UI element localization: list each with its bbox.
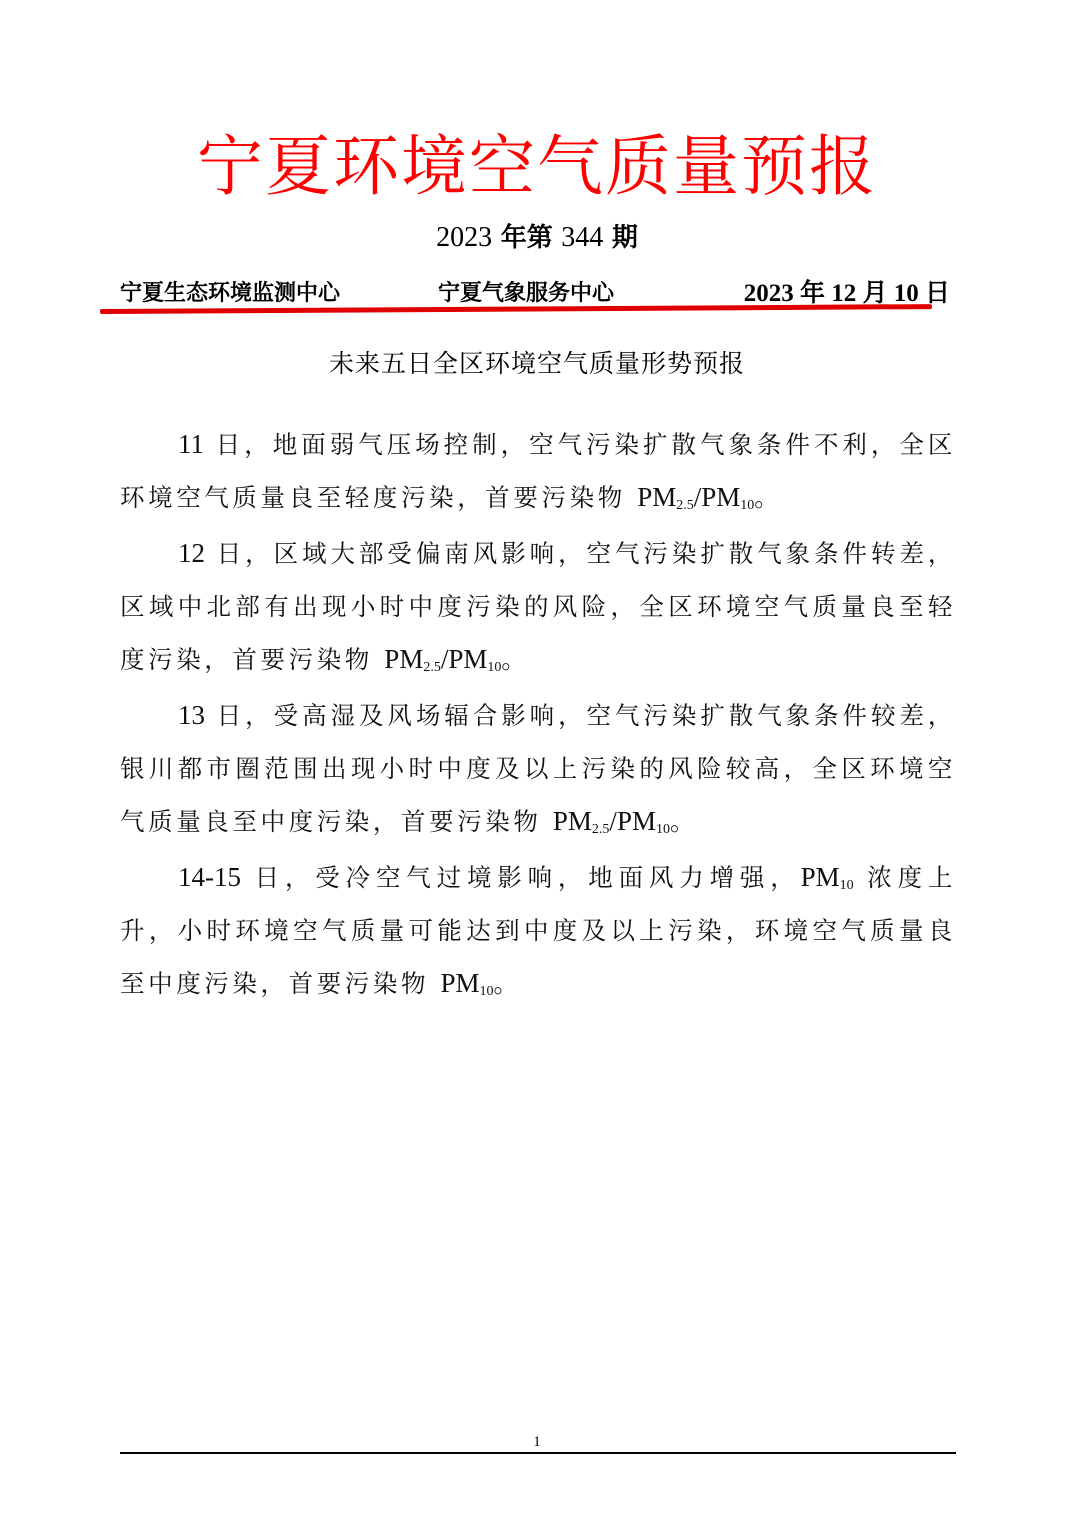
forecast-body: 11 日，地面弱气压场控制，空气污染扩散气象条件不利，全区环境空气质量良至轻度污… <box>120 418 956 1013</box>
footer-rule <box>120 1452 956 1454</box>
pollutant-subscript: 10 <box>740 498 754 513</box>
pollutant-pm: PM <box>701 482 740 512</box>
paragraph-text: 日，区域大部受偏南风影响，空气污染扩散气象条件转差，区域中北部有出现小时中度污染… <box>120 539 956 674</box>
forecast-paragraph-day-12: 12 日，区域大部受偏南风影响，空气污染扩散气象条件转差，区域中北部有出现小时中… <box>120 527 956 686</box>
day-label: 11 <box>178 429 204 459</box>
forecast-paragraph-day-14-15: 14-15 日，受冷空气过境影响，地面风力增强，PM10 浓度上升，小时环境空气… <box>120 851 956 1010</box>
pollutant-subscript: 10 <box>480 984 494 999</box>
pollutant-pm: PM <box>448 644 487 674</box>
pollutant-pm: PM <box>617 806 656 836</box>
pollutant-pm: PM <box>384 644 423 674</box>
pollutant-pm: PM <box>637 482 676 512</box>
section-heading: 未来五日全区环境空气质量形势预报 <box>0 345 1074 383</box>
page-number: 1 <box>0 1433 1074 1451</box>
forecast-paragraph-day-11: 11 日，地面弱气压场控制，空气污染扩散气象条件不利，全区环境空气质量良至轻度污… <box>120 418 956 524</box>
issue-year-label: 年第 <box>501 223 553 253</box>
document-page: 宁夏环境空气质量预报 2023 年第 344 期 宁夏生态环境监测中心 宁夏气象… <box>0 0 1074 1520</box>
paragraph-text: 日，受冷空气过境影响，地面风力增强， <box>241 863 801 892</box>
day-label: 13 <box>178 700 205 730</box>
period: 。 <box>494 969 522 998</box>
issue-number-line: 2023 年第 344 期 <box>0 220 1074 256</box>
pollutant-subscript: 2.5 <box>423 660 441 675</box>
pollutant-subscript: 2.5 <box>592 822 610 837</box>
slash: / <box>609 806 617 836</box>
day-label: 12 <box>178 538 205 568</box>
forecast-paragraph-day-13: 13 日，受高湿及风场辐合影响，空气污染扩散气象条件较差，银川都市圈范围出现小时… <box>120 689 956 848</box>
pollutant-subscript: 10 <box>840 878 854 893</box>
pollutant-subscript: 10 <box>487 660 501 675</box>
period: 。 <box>501 645 529 674</box>
pollutant-pm: PM <box>801 862 840 892</box>
issue-number-label: 期 <box>612 223 638 253</box>
day-label: 14-15 <box>178 862 241 892</box>
pollutant-subscript: 10 <box>656 822 670 837</box>
pollutant-pm: PM <box>553 806 592 836</box>
pollutant-pm: PM <box>441 968 480 998</box>
period: 。 <box>670 807 698 836</box>
publisher-eco-monitoring-center: 宁夏生态环境监测中心 <box>120 277 340 311</box>
pollutant-subscript: 2.5 <box>676 498 694 513</box>
paragraph-text: 日，受高湿及风场辐合影响，空气污染扩散气象条件较差，银川都市圈范围出现小时中度及… <box>120 701 956 836</box>
issue-number: 344 <box>561 222 603 253</box>
period: 。 <box>754 483 782 512</box>
paragraph-text: 日，地面弱气压场控制，空气污染扩散气象条件不利，全区环境空气质量良至轻度污染，首… <box>120 430 956 512</box>
issue-year: 2023 <box>436 222 492 253</box>
masthead-title: 宁夏环境空气质量预报 <box>0 128 1074 206</box>
